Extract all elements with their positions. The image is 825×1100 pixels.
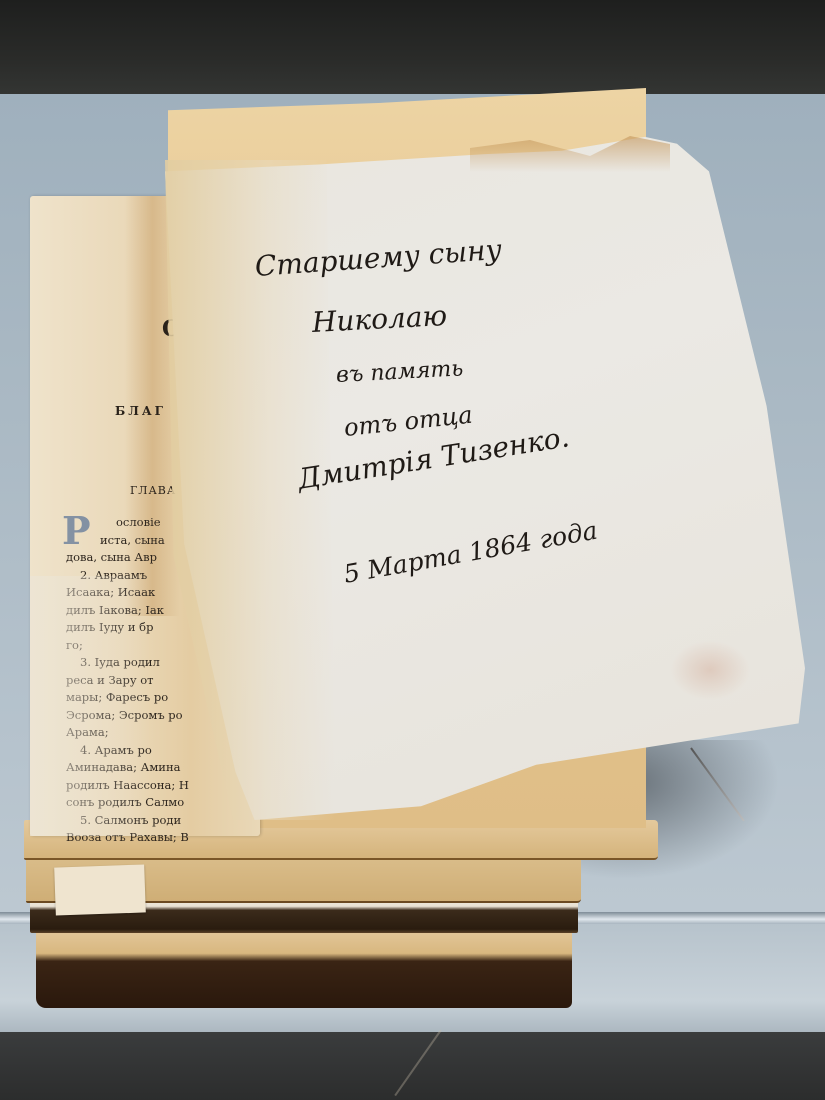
dark-wall-background bbox=[0, 0, 825, 98]
book-block-bottom bbox=[36, 930, 572, 1008]
paper-slip bbox=[54, 864, 146, 915]
faded-area bbox=[30, 576, 150, 836]
subtitle-fragment: БЛАГ bbox=[115, 404, 166, 418]
photo-scene: О БЛАГ ГЛАВА 1 Р ословіе иста, сына дова… bbox=[0, 0, 825, 1100]
inscription-line: Николаю bbox=[311, 299, 448, 339]
dark-ground bbox=[0, 1032, 825, 1100]
corner-stain bbox=[670, 640, 750, 700]
